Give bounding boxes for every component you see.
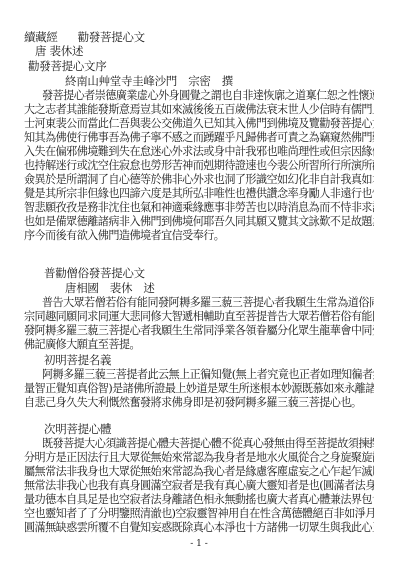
header-line: 續藏經勸發菩提心文: [24, 30, 374, 44]
preface-line: 也如是備眾德離諸病非入佛門到佛境何耶吾久同其願又覽其文詠歎不足故題為: [24, 215, 374, 229]
section2-line: 佛記廣修大願直至菩提。: [24, 338, 374, 352]
subsection2-title: 次明菩提心體: [44, 422, 394, 436]
preface-line: 發菩提心者崇德廣業虚心外身圓覺之謂也自非達恢廓之道稟仁恕之性懷遠: [42, 89, 374, 103]
subsection1-title: 初明菩提名義: [44, 353, 394, 367]
subsection2-line: 無常法非我心也我有真身圓滿空寂者是我有真心廣大靈知者是也(圓滿者法身無: [24, 479, 374, 493]
preface-line: 僉異於是所謂洞了自心德等於佛非心外求也洞了形識空如幻化非自計我真如本: [24, 173, 374, 187]
section2-author: 唐相國 裴休 述: [65, 281, 398, 295]
subsection2-line: 既發菩提大心須識菩提心體夫菩提心體不從真心發無由得至菩提故須揀擇: [42, 437, 374, 451]
scanned-page: 續藏經勸發菩提心文 唐 裴休述 勸發菩提心文序 終南山艸堂寺圭峰沙門 宗密 撰 …: [0, 0, 398, 563]
subsection1-line: 量智正覺知真俗智)是諸佛所證最上妙道是眾生所迷根本妙源既慕如來永離諸苦: [24, 382, 374, 396]
collection-name: 續藏經: [24, 30, 58, 44]
subsection2-line: 量功德本自具足是也空寂者法身離諸色相永無動搖也廣大者真心體兼法界包含虛: [24, 493, 374, 507]
section2-line: 發阿耨多羅三藐三菩提心者我願生生常同淨業各領眷屬分化眾生龍華會中同受: [24, 324, 374, 338]
section2-line: 宗同趣同願同求同運大悲同修大智遞相輔助直至菩提普告大眾若僧若俗有能同: [24, 310, 374, 324]
subsection2-line: 分明方是正因法行且大眾從無始來常認為我身者是地水火風從合之身旋聚旋散: [24, 451, 374, 465]
preface-line: 士河東裴公而當此仁吾與裴公交佛道久已知其入佛門到佛境及覽勸發菩提心文: [24, 117, 374, 131]
preface-line: 入失在偏邪佛境難到失在怠迷心外求法或身中計我邪也唯尚理性或但宗因緣偏: [24, 145, 374, 159]
subsection1-line: 自悲己身久失大利慨然奮發將求佛身即是初發阿耨多羅三藐三菩提心也。: [24, 396, 374, 410]
preface-line: 智悲願孜孜是務非沈住也氣和神適乘緣應事非勞苦也以時消息為而不恃非求證: [24, 201, 374, 215]
author-line: 唐 裴休述: [35, 44, 385, 58]
preface-title: 勸發菩提心文序: [28, 59, 378, 73]
subsection2-line: 空也靈知者了了分明鑒照清澈也)空寂靈智神用自在性含萬德體絕百非如淨月輪: [24, 507, 374, 521]
document-title: 勸發菩提心文: [78, 30, 145, 44]
subsection1-line: 阿耨多羅三藐三菩提者此云無上正徧知覺(無上者究竟也正者如理知徧者無: [42, 368, 374, 382]
preface-line: 知其為佛使行佛事吾為佛子寧不感之而踴躍乎凡歸佛者可責之為竊窺然佛門難: [24, 131, 374, 145]
page-number: - 1 -: [0, 539, 398, 549]
preface-line: 也持解迷行或沈空住寂怠也勞形苦神而剋期待證速也今裴公所習所行所演所勸: [24, 159, 374, 173]
subsection2-line: 屬無常法非我身也大眾從無始來常認為我心者是緣慮客塵虛妄之心乍起乍滅屬: [24, 465, 374, 479]
preface-line: 覺是其所宗非但緣也四諦六度是其所弘非唯性也禮供讚念率身勵人非遠行也悟: [24, 187, 374, 201]
preface-line: 大之志者其誰能發斯意焉豈其如來滅後後五百歲佛法衰末世人少信時有儒門上: [24, 103, 374, 117]
section2-line: 普告大眾若僧若俗有能同發阿耨多羅三藐三菩提心者我願生生常為道俗同: [42, 296, 374, 310]
preface-author: 終南山艸堂寺圭峰沙門 宗密 撰: [65, 74, 398, 88]
subsection2-line: 圓滿無缺惑雲所覆不自覺知妄惑既除真心本淨也十方諸佛一切眾生與我此心三: [24, 521, 374, 535]
section2-title: 普勸僧俗發菩提心文: [44, 266, 394, 280]
preface-line: 序今而後有欲入佛門造佛境者宜信受奉行。: [24, 229, 374, 243]
